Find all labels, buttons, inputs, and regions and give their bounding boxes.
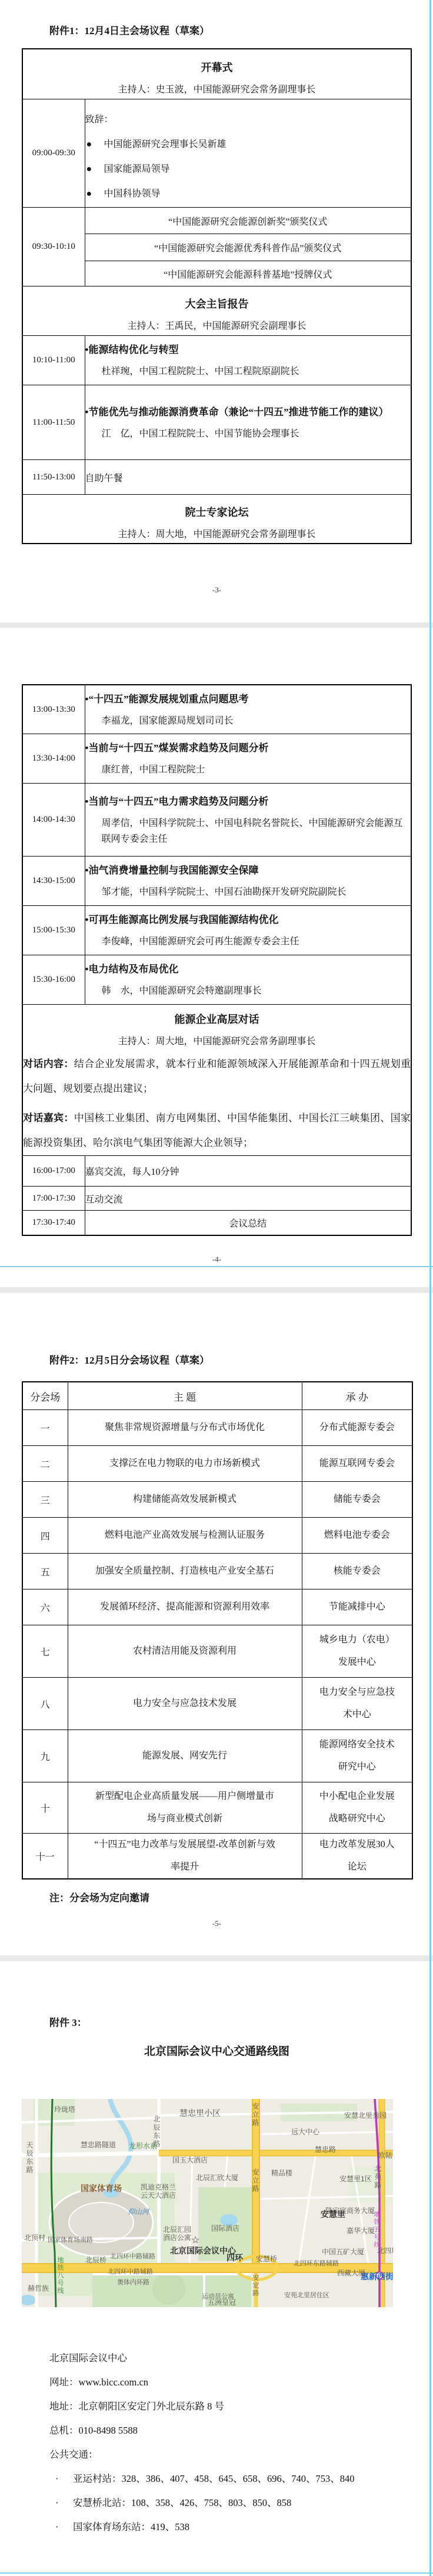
talk-speaker: 邹才能，中国科学院院士、中国石油勘探开发研究院副院长 [102,884,411,900]
bullet-icon: · [55,2491,59,2515]
map-label: 北四环东路辅路 [294,2260,339,2268]
table-row: 开幕式 主持人：史玉波，中国能源研究会常务副理事长 [22,49,411,99]
forum-section-cell: 院士专家论坛 主持人：周大地，中国能源研究会常务副理事长 [22,495,411,544]
keynote-title: 大会主旨报告 [23,296,411,311]
map-label: 慧忠路隧道 [81,2141,116,2149]
bus-route-text: 安慧桥北站：108、358、426、758、803、850、858 [73,2497,291,2508]
content-cell: •可再生能源高比例发展与我国能源结构优化 李俊峰，中国能源研究会可再生能源专委会… [85,906,411,955]
attachment1-title: 附件1：12月4日主会场议程（草案） [49,22,209,37]
map-label: 嘉华大厦 [347,2227,375,2235]
page-gap-band [0,622,433,628]
map-label: 安慧里1区 [339,2175,372,2183]
page-number: -3- [22,585,412,595]
forum-title: 院士专家论坛 [23,504,411,519]
table-row: 八 电力安全与应急技术发展 电力安全与应急技术中心 [22,1678,412,1730]
map-label: 龙形水系 [129,2142,157,2150]
venue-info-block: 北京国际会议中心 网址：www.bicc.com.cn 地址：北京朝阳区安定门外… [49,2346,412,2539]
session-topic: 新型配电企业高质量发展——用户侧增量市场与商业模式创新 [68,1782,302,1834]
table-row: 能源企业高层对话 主持人：周大地，中国能源研究会常务副理事长 对话内容：结合企业… [22,1005,411,1156]
topic-text: 节能优先与推动能源消费革命（兼论“十四五”推进节能工作的建议） [88,406,388,418]
session-number: 一 [22,1410,68,1446]
bullet-icon: · [55,2467,59,2491]
table-row: 二 支撑泛在电力物联的电力市场新模式 能源互联网专委会 [22,1446,412,1482]
time-cell: 17:30-17:40 [22,1211,85,1236]
table-header-row: 分会场 主 题 承 办 [22,1382,412,1410]
table-row: 16:00-17:00 嘉宾交流，每人10分钟 [22,1156,411,1187]
time-cell: 13:30-14:00 [22,734,85,784]
map-label: 凯迪克格兰 [141,2184,176,2191]
talk-speaker: 康红普，中国工程院院士 [102,762,411,778]
metro-line5-label: 地铁五号线 [372,2211,380,2249]
talk-topic: •油气消费增量控制与我国能源安全保障 [85,862,411,879]
talk-topic: •“十四五”能源发展规划重点问题思考 [85,691,411,708]
page-gap-band [0,1955,433,1961]
speech-label: 致辞： [85,112,411,128]
table-row: 三 构建储能高效发展新模式 储能专委会 [22,1482,412,1518]
map-label: 北辰桥 [85,2257,106,2264]
talk-topic: •可再生能源高比例发展与我国能源结构优化 [85,911,411,929]
session-number: 八 [22,1678,68,1730]
table-row: 六 发展循环经济、提高能源和资源利用效率 节能减排中心 [22,1589,412,1625]
session-number: 五 [22,1554,68,1589]
table-row: 17:30-17:40 会议总结 [22,1211,411,1236]
table-row: 15:00-15:30 •可再生能源高比例发展与我国能源结构优化 李俊峰，中国能… [22,906,411,955]
session-topic: 发展循环经济、提高能源和资源利用效率 [68,1589,302,1625]
session-topic: 加强安全质量控制、打造核电产业安全基石 [68,1554,302,1589]
content-cell: •油气消费增量控制与我国能源安全保障 邹才能，中国科学院院士、中国石油勘探开发研… [85,857,411,906]
list-item: ●中国能源研究会理事长吴新雄 [86,137,411,152]
map-label: 北四环中路辅路 [108,2268,153,2276]
map-label: 奥体内环路 [117,2279,149,2287]
talk-speaker: 杜祥琬，中国工程院院士、中国工程院原副院长 [102,364,411,379]
bullet-text: 中国科协领导 [104,189,161,199]
content-cell: 致辞： ●中国能源研究会理事长吴新雄 ●国家能源局领导 ●中国科协领导 [85,99,411,208]
bus-route-text: 亚运村站：328、386、407、458、645、658、696、740、753… [73,2473,355,2484]
venue-name: 北京国际会议中心 [49,2346,412,2370]
session-topic: 能源发展、网安先行 [68,1730,302,1782]
table-row: 九 能源发展、网安先行 能源网络安全技术研究中心 [22,1730,412,1782]
session-organizer: 中小配电企业发展战略研究中心 [302,1782,412,1834]
map-label: 北四环中路辅路 [110,2253,155,2261]
session-number: 十 [22,1782,68,1834]
keynote-section-cell: 大会主旨报告 主持人：王禹民，中国能源研究会副理事长 [22,286,411,336]
map-label: 酒店公寓 [163,2234,191,2242]
session-organizer: 储能专委会 [302,1482,412,1518]
map-label: 安定路 [251,2274,259,2297]
dialog-guests-label: 对话嘉宾： [23,1112,74,1124]
attachment3-label: 附件 3： [49,2014,87,2029]
session-organizer: 电力改革发展30人论坛 [302,1834,412,1879]
session-topic: 燃料电池产业高效发展与检测认证服务 [68,1518,302,1554]
table-row: 11:00-11:50 •节能优先与推动能源消费革命（兼论“十四五”推进节能工作… [22,385,411,460]
ceremony-item: “中国能源研究会能源优秀科普作品”颁奖仪式 [85,234,411,261]
session-topic: 聚焦非常规资源增量与分布式市场优化 [68,1410,302,1446]
content-cell: •能源结构优化与转型 杜祥琬，中国工程院院士、中国工程院原副院长 [85,336,411,385]
talk-topic: •当前与“十四五”煤炭需求趋势及问题分析 [85,739,411,757]
table-row: 十 新型配电企业高质量发展——用户侧增量市场与商业模式创新 中小配电企业发展战略… [22,1782,412,1834]
day1-agenda-table-part1: 开幕式 主持人：史玉波，中国能源研究会常务副理事长 09:00-09:30 致辞… [22,48,412,544]
map-label: 云天大酒店 [141,2192,176,2200]
venue-website: 网址：www.bicc.com.cn [49,2370,412,2394]
map-label: 国玉大酒店 [172,2157,208,2164]
session-number: 六 [22,1589,68,1625]
note-line: 注：分会场为定向邀请 [49,1889,149,1904]
bullet-text: 国家能源局领导 [104,164,170,174]
opening-section-cell: 开幕式 主持人：史玉波，中国能源研究会常务副理事长 [22,49,411,99]
dialog-guests-text: 中国核工业集团、南方电网集团、中国华能集团、中国长江三峡集团、国家能源投资集团、… [23,1112,411,1148]
dialog-content-text: 结合企业发展需求，就本行业和能源领域深入开展能源革命和十四五规划重大问题、规划要… [23,1058,411,1094]
time-cell: 15:00-15:30 [22,906,85,955]
map-label: 安慧桥 [256,2255,277,2263]
list-item: ●中国科协领导 [86,186,411,202]
content-cell: •“十四五”能源发展规划重点问题思考 李福龙，国家能源局规划司司长 [85,685,411,734]
attachment2-title: 附件2：12月5日分会场议程（草案） [49,1352,209,1367]
dialog-section-cell: 能源企业高层对话 主持人：周大地，中国能源研究会常务副理事长 对话内容：结合企业… [22,1005,411,1156]
talk-speaker: 李福龙，国家能源局规划司司长 [102,713,411,729]
table-row: 14:30-15:00 •油气消费增量控制与我国能源安全保障 邹才能，中国科学院… [22,857,411,906]
content-cell: •当前与“十四五”煤炭需求趋势及问题分析 康红普，中国工程院院士 [85,734,411,784]
map-label: 西藏大厦 [337,2270,365,2277]
time-cell: 09:00-09:30 [22,99,85,208]
list-item: ●国家能源局领导 [86,162,411,177]
venue-address: 地址：北京朝阳区安定门外北辰东路 8 号 [49,2394,412,2418]
map-label: 北顶村 [24,2234,45,2242]
session-organizer: 电力安全与应急技术中心 [302,1678,412,1730]
map-label: 安苑北里居住区 [284,2292,329,2300]
map-label: 慧忠里小区 [179,2110,221,2117]
session-organizer: 燃料电池专委会 [302,1518,412,1554]
map-label: 安立路 [251,2102,259,2127]
time-cell: 09:30-10:10 [22,208,85,286]
map-label: 安立路 [251,2168,259,2193]
time-cell: 16:00-17:00 [22,1156,85,1187]
time-cell: 14:00-14:30 [22,784,85,857]
table-row: 13:00-13:30 •“十四五”能源发展规划重点问题思考 李福龙，国家能源局… [22,685,411,734]
talk-speaker: 周孝信，中国科学院院士、中国电科院名誉院长、中国能源研究会能源互联网专委会主任 [102,815,411,847]
map-label: 隆宝宸商务大厦 [325,2207,375,2215]
table-row: 17:00-17:30 互动交流 [22,1187,411,1211]
table-row: 一 聚焦非常规资源增量与分布式市场优化 分布式能源专委会 [22,1410,412,1446]
time-cell: 11:00-11:50 [22,385,85,460]
opening-title: 开幕式 [23,59,411,75]
content-cell: •节能优先与推动能源消费革命（兼论“十四五”推进节能工作的建议） 江 亿，中国工… [85,385,411,460]
opening-host: 主持人：史玉波，中国能源研究会常务副理事长 [23,82,411,95]
ceremony-item: “中国能源研究会能源创新奖”颁奖仪式 [85,208,411,234]
session-organizer: 核能专委会 [302,1554,412,1589]
session-topic: “十四五”电力改革与发展展望-改革创新与效率提升 [68,1834,302,1879]
time-cell: 14:30-15:00 [22,857,85,906]
map-label: 玲珑塔 [54,2106,75,2114]
session-number: 九 [22,1730,68,1782]
page-number: -4- [22,1255,412,1264]
time-cell: 11:50-13:00 [22,460,85,495]
transit-map-image: 玲珑塔 慧忠里小区 安慧北里秀园 远大中心 北辰东路 慧忠路隧道 龙形水系 国玉… [22,2099,393,2307]
transit-label: 公共交通： [49,2442,412,2467]
bottom-divider-line [0,2572,433,2574]
table-row: 十一 “十四五”电力改革与发展展望-改革创新与效率提升 电力改革发展30人论坛 [22,1834,412,1879]
session-number: 七 [22,1625,68,1678]
time-cell: 10:10-11:00 [22,336,85,385]
topic-text: 可再生能源高比例发展与我国能源结构优化 [88,914,278,925]
session-topic: 农村清洁用能及资源利用 [68,1625,302,1678]
table-row: 11:50-13:00 自助午餐 [22,460,411,495]
map-label: 国家体育场南路 [48,2237,93,2244]
map-label: 远大中心 [291,2128,319,2136]
map-label: 精品楼 [271,2170,292,2177]
ceremony-item: “中国能源研究会能源科普基地”授牌仪式 [85,261,411,286]
venue-phone: 总机：010-8498 5588 [49,2418,412,2442]
session-topic: 电力安全与应急技术发展 [68,1678,302,1730]
map-label: 四环 [227,2254,243,2262]
time-cell: 13:00-13:30 [22,685,85,734]
map-label: 中国五矿大厦 [322,2248,364,2256]
session-number: 十一 [22,1834,68,1879]
table-row: 七 农村清洁用能及资源利用 城乡电力（农电）发展中心 [22,1625,412,1678]
day1-agenda-table-part2: 13:00-13:30 •“十四五”能源发展规划重点问题思考 李福龙，国家能源局… [22,684,412,1236]
session-number: 二 [22,1446,68,1482]
session-number: 三 [22,1482,68,1518]
table-row: 四 燃料电池产业高效发展与检测认证服务 燃料电池专委会 [22,1518,412,1554]
page-number: -5- [22,1919,412,1928]
session-topic: 构建储能高效发展新模式 [68,1482,302,1518]
content-cell: 互动交流 [85,1187,411,1211]
dialog-guests-paragraph: 对话嘉宾：中国核工业集团、南方电网集团、中国华能集团、中国长江三峡集团、国家能源… [23,1106,411,1155]
time-cell: 17:00-17:30 [22,1187,85,1211]
column-header-topic: 主 题 [68,1382,302,1410]
bullet-icon: ● [86,137,104,152]
bus-route-item: ·国家体育场东站：419、538 [49,2515,412,2539]
document-canvas: 附件1：12月4日主会场议程（草案） 开幕式 主持人：史玉波，中国能源研究会常务… [0,0,433,2576]
map-label: 慧忠路 [315,2146,336,2154]
dialog-title: 能源企业高层对话 [23,1011,411,1027]
table-row: 五 加强安全质量控制、打造核电产业安全基石 核能专委会 [22,1554,412,1589]
map-label: 北辰汇园 [163,2226,191,2234]
map-label: 安慧北里秀园 [344,2112,387,2120]
table-row: 14:00-14:30 •当前与“十四五”电力需求趋势及问题分析 周孝信，中国科… [22,784,411,857]
bus-route-text: 国家体育场东站：419、538 [73,2521,189,2532]
table-row: 大会主旨报告 主持人：王禹民，中国能源研究会副理事长 [22,286,411,336]
bus-route-item: ·安慧桥北站：108、358、426、758、803、850、858 [49,2491,412,2515]
map-title: 北京国际会议中心交通路线图 [22,2042,412,2058]
bullet-icon: ● [86,162,104,177]
topic-text: 油气消费增量控制与我国能源安全保障 [88,865,258,876]
map-label: 仰山河 [128,2208,149,2216]
session-organizer: 城乡电力（农电）发展中心 [302,1625,412,1678]
map-label: 五洲皇冠 [208,2299,236,2307]
table-row: 13:30-14:00 •当前与“十四五”煤炭需求趋势及问题分析 康红普，中国工… [22,734,411,784]
dialog-host: 主持人：周大地，中国能源研究会常务副理事长 [23,1034,411,1047]
bullet-text: 中国能源研究会理事长吴新雄 [104,139,227,149]
table-row: 15:30-16:00 •电力结构及布局优化 韩 水，中国能源研究会特邀副理事长 [22,955,411,1005]
session-topic: 支撑泛在电力物联的电力市场新模式 [68,1446,302,1482]
session-number: 四 [22,1518,68,1554]
map-label: 天辰东路 [25,2141,33,2174]
session-organizer: 分布式能源专委会 [302,1410,412,1446]
session-organizer: 节能减排中心 [302,1589,412,1625]
time-cell: 15:30-16:00 [22,955,85,1005]
dialog-content-paragraph: 对话内容：结合企业发展需求，就本行业和能源领域深入开展能源革命和十四五规划重大问… [23,1052,411,1101]
talk-topic: •当前与“十四五”电力需求趋势及问题分析 [85,793,411,811]
topic-text: 电力结构及布局优化 [88,964,178,975]
map-label: 北辰汇欣大厦 [196,2174,238,2182]
talk-speaker: 韩 水，中国能源研究会特邀副理事长 [102,983,411,999]
content-cell: •当前与“十四五”电力需求趋势及问题分析 周孝信，中国科学院院士、中国电科院名誉… [85,784,411,857]
bullet-icon: ● [86,186,104,202]
topic-text: 当前与“十四五”电力需求趋势及问题分析 [88,796,268,807]
topic-text: 能源结构优化与转型 [88,344,178,355]
talk-topic: •电力结构及布局优化 [85,961,411,978]
topic-text: “十四五”能源发展规划重点问题思考 [88,694,248,705]
content-cell: •电力结构及布局优化 韩 水，中国能源研究会特邀副理事长 [85,955,411,1005]
topic-text: 当前与“十四五”煤炭需求趋势及问题分析 [88,742,268,754]
table-row: 09:30-10:10 “中国能源研究会能源创新奖”颁奖仪式 [22,208,411,234]
map-label: 国际酒店 [211,2225,239,2232]
table-row: 10:10-11:00 •能源结构优化与转型 杜祥琬，中国工程院院士、中国工程院… [22,336,411,385]
venue-star-icon: ☆ [191,2234,199,2246]
talk-topic: •节能优先与推动能源消费革命（兼论“十四五”推进节能工作的建议） [85,404,411,421]
session-organizer: 能源互联网专委会 [302,1446,412,1482]
dialog-content-label: 对话内容： [23,1058,74,1069]
metro-line8-label: 地铁八号线 [56,2257,64,2295]
page-divider-line [0,1266,433,1267]
bullet-icon: · [55,2515,59,2539]
metro-station-label: 惠新西街北 [361,2273,393,2281]
talk-speaker: 李俊峰，中国能源研究会可再生能源专委会主任 [102,934,411,949]
column-header-organizer: 承 办 [302,1382,412,1410]
talk-speaker: 江 亿，中国工程院院士、中国节能协会理事长 [102,426,411,442]
session-organizer: 能源网络安全技术研究中心 [302,1730,412,1782]
page-gap-band [0,1287,433,1293]
map-label: 赫哲族 [28,2285,49,2292]
table-row: 院士专家论坛 主持人：周大地，中国能源研究会常务副理事长 [22,495,411,544]
breakout-sessions-table: 分会场 主 题 承 办 一 聚焦非常规资源增量与分布式市场优化 分布式能源专委会… [22,1381,413,1879]
summary-cell: 会议总结 [85,1211,411,1236]
talk-topic: •能源结构优化与转型 [85,341,411,359]
forum-host: 主持人：周大地，中国能源研究会常务副理事长 [23,526,411,540]
map-label: 国家体育场 [81,2185,122,2192]
content-cell: 嘉宾交流，每人10分钟 [85,1156,411,1187]
column-header-session: 分会场 [22,1382,68,1410]
map-label: 欧陆大 [378,2152,393,2160]
map-label: 北苑路 [374,2165,381,2190]
right-divider-line [429,0,431,2576]
table-row: 09:00-09:30 致辞： ●中国能源研究会理事长吴新雄 ●国家能源局领导 … [22,99,411,208]
bus-route-item: ·亚运村站：328、386、407、458、645、658、696、740、75… [49,2467,412,2491]
keynote-host: 主持人：王禹民，中国能源研究会副理事长 [23,318,411,332]
lunch-cell: 自助午餐 [85,460,411,495]
